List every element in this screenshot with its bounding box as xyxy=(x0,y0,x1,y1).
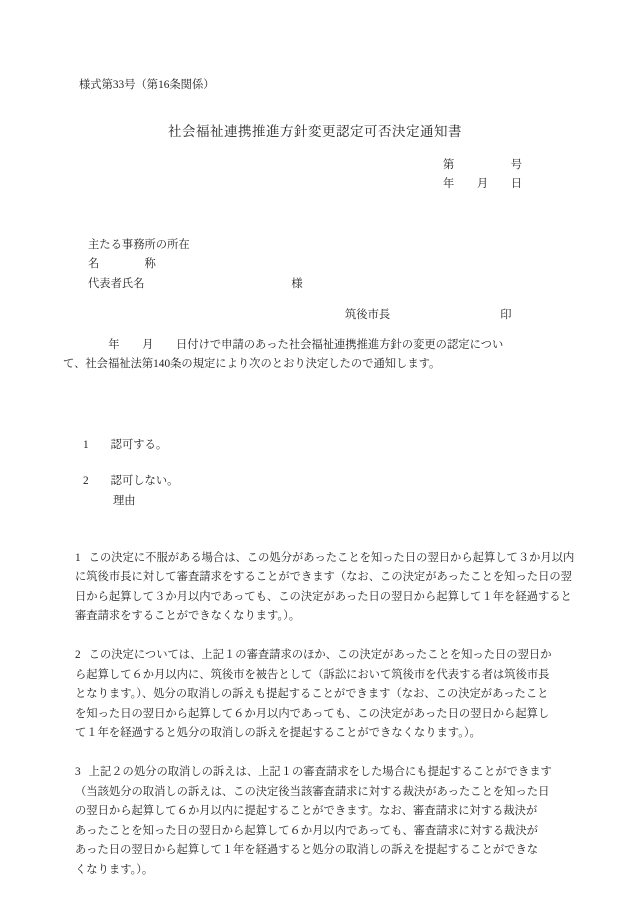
decision-label: 認可する。 xyxy=(111,439,168,451)
note-number: 1 xyxy=(75,552,81,564)
note-text: この決定に不服がある場合は、この処分があったことを知った日の翌日から起算して３か… xyxy=(75,552,574,623)
issuer-name: 筑後市長 xyxy=(345,309,390,321)
decision-label: 認可しない。 xyxy=(111,475,179,487)
seal-mark: 印 xyxy=(500,309,511,321)
form-number: 様式第33号（第16条関係） xyxy=(79,76,630,96)
note-number: 3 xyxy=(75,766,81,778)
decision-number: 1 xyxy=(83,436,89,456)
notification-document: 様式第33号（第16条関係） 社会福祉連携推進方針変更認定可否決定通知書 第 号… xyxy=(0,0,630,903)
note-number: 2 xyxy=(75,649,81,661)
decision-number: 2 xyxy=(83,472,89,492)
issuer-line: 筑後市長印 xyxy=(345,306,630,326)
doc-number-date-block: 第 号 年 月 日 xyxy=(443,156,630,195)
note-text: この決定については、上記１の審査請求のほか、この決定があったことを知った日の翌日… xyxy=(75,649,552,739)
addressee-block: 主たる事務所の所在 名 称 代表者氏名 様 xyxy=(88,236,630,295)
note-item-1: 1この決定に不服がある場合は、この処分があったことを知った日の翌日から起算して３… xyxy=(75,529,590,627)
decision-options: 1認可する。 2認可しない。 xyxy=(83,436,630,492)
note-item-3: 3上記２の処分の取消しの訴えは、上記１の審査請求をした場合にも提起することができ… xyxy=(75,744,590,881)
appeal-notes: 1この決定に不服がある場合は、この処分があったことを知った日の翌日から起算して３… xyxy=(75,529,590,880)
note-text: 上記２の処分の取消しの訴えは、上記１の審査請求をした場合にも提起することができま… xyxy=(75,766,552,876)
note-item-2: 2この決定については、上記１の審査請求のほか、この決定があったことを知った日の翌… xyxy=(75,627,590,744)
body-paragraph: 年 月 日付けで申請のあった社会福祉連携推進方針の変更の認定につい て、社会福祉… xyxy=(63,336,585,375)
page-title: 社会福祉連携推進方針変更認定可否決定通知書 xyxy=(0,122,630,142)
reason-label: 理由 xyxy=(113,492,630,512)
decision-item-reject: 2認可しない。 xyxy=(83,472,630,492)
decision-item-approve: 1認可する。 xyxy=(83,436,630,456)
